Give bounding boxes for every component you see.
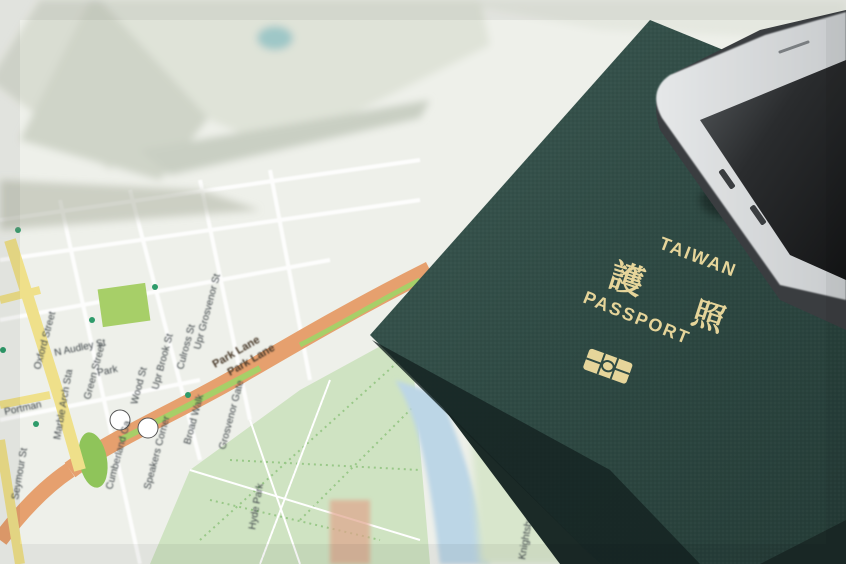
photo-scene: Park Lane Park Lane N Audley St Green St… bbox=[0, 0, 846, 564]
photo-illustration: Park Lane Park Lane N Audley St Green St… bbox=[0, 0, 846, 564]
